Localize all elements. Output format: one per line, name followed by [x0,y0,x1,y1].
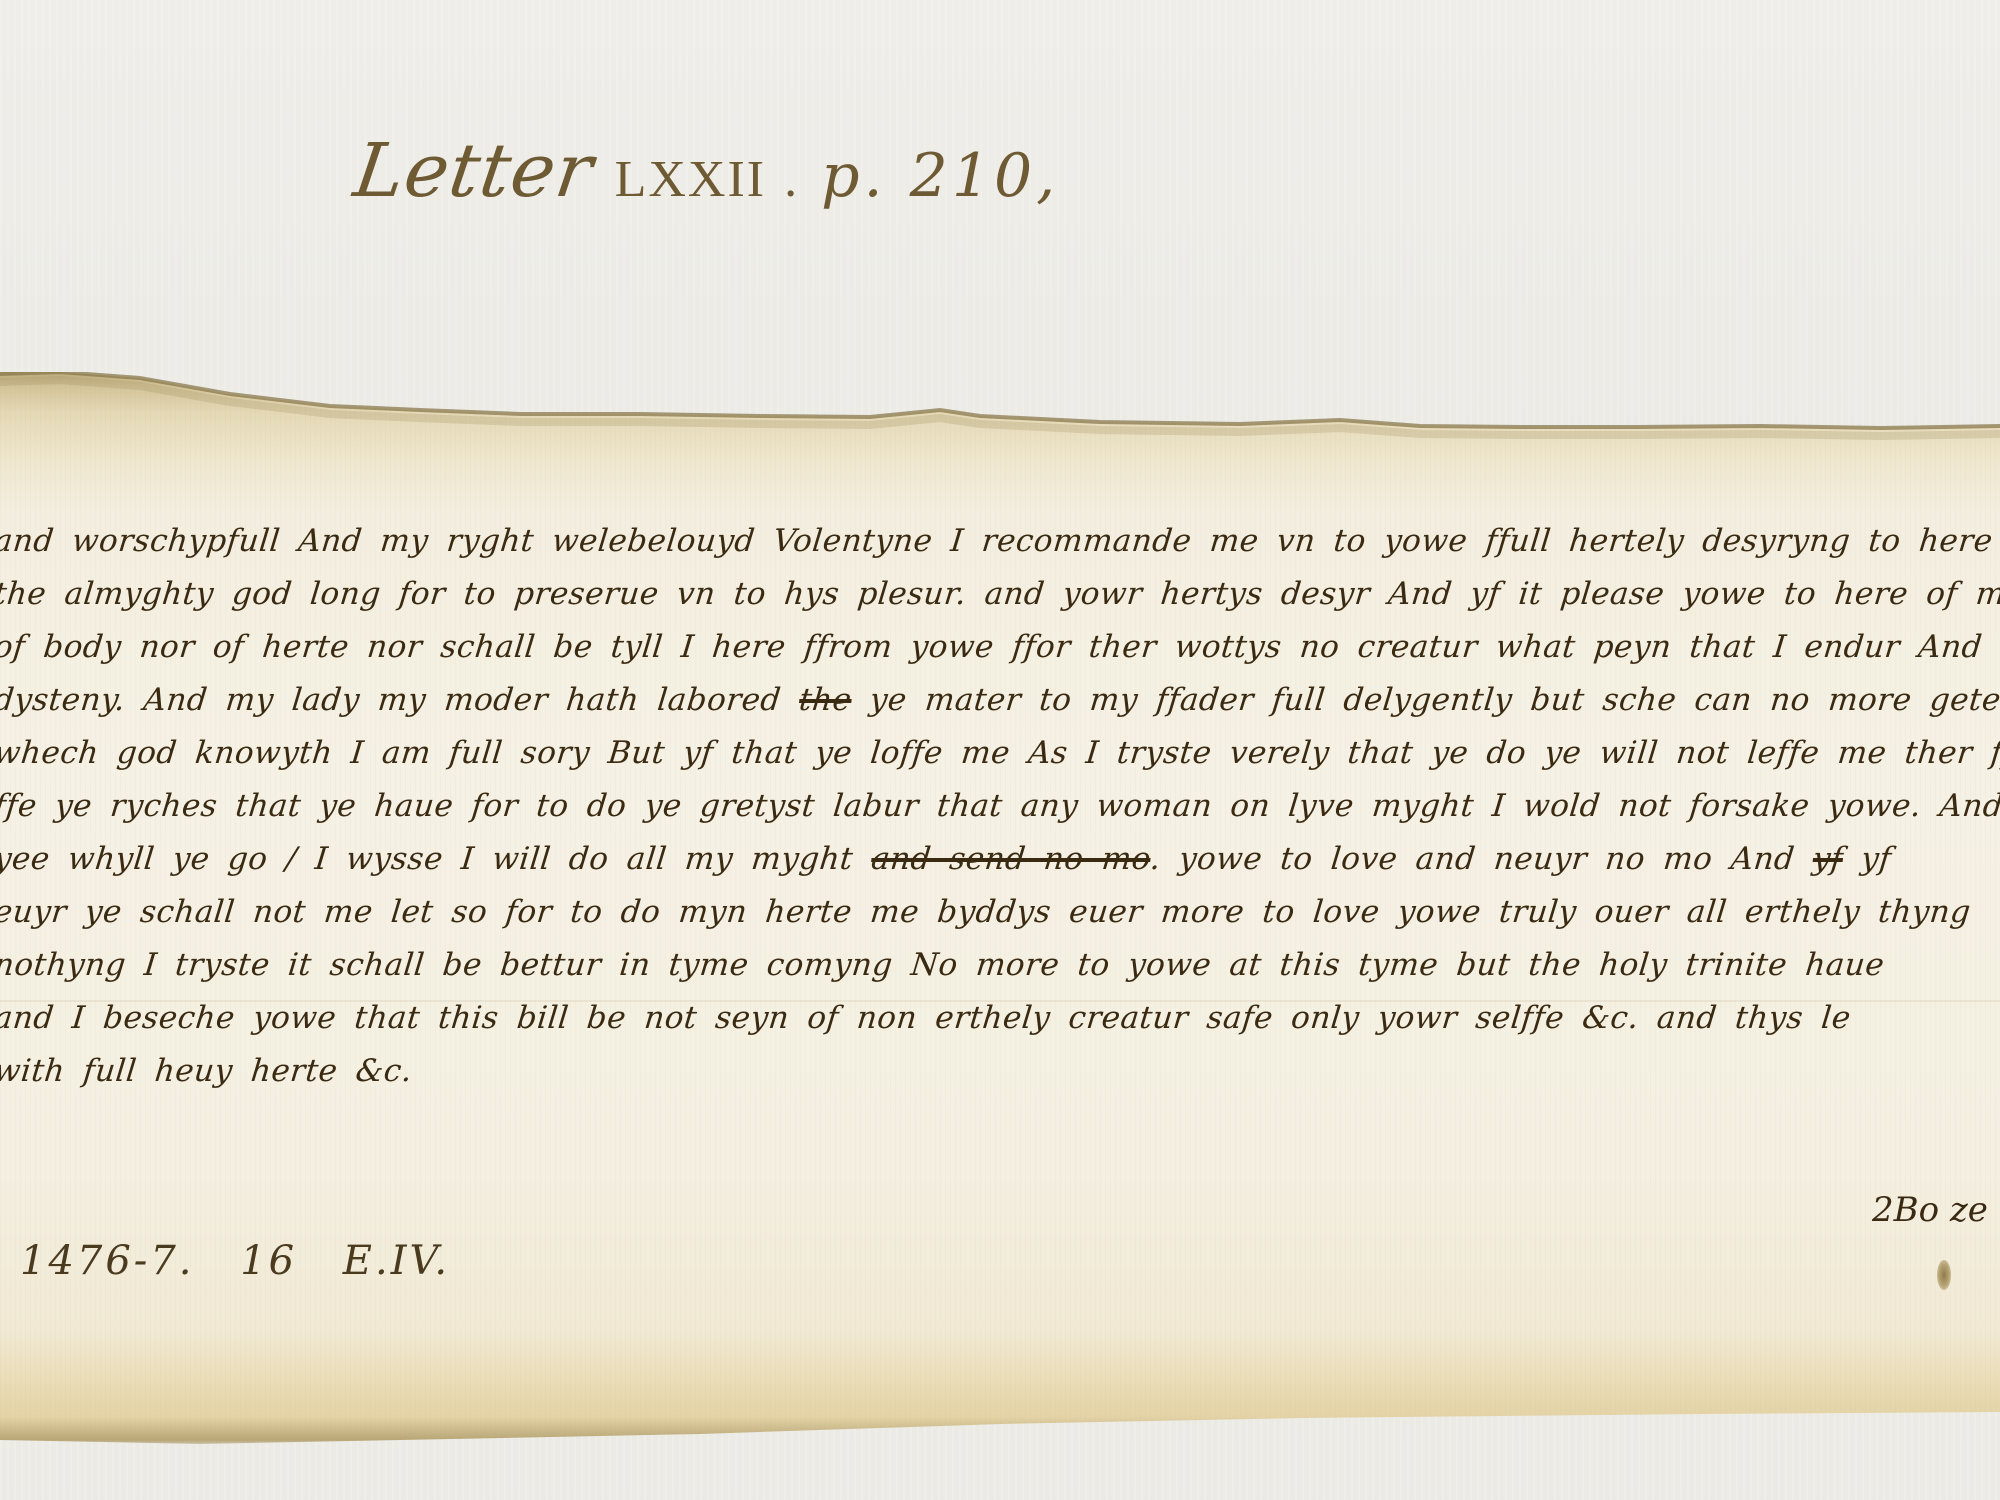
manuscript-line: with full heuy herte &c. [0,1045,2000,1098]
letter-reference-annotation: Letter LXXII. p. 210, [355,128,1059,214]
annotation-numeral: LXXII. [615,150,800,209]
manuscript-line: and I beseche yowe that this bill be not… [0,992,2000,1045]
struck-out-phrase: and send no mo [870,841,1153,877]
struck-out-word: the [797,682,853,718]
manuscript-line: ffe ye ryches that ye haue for to do ye … [0,780,2000,833]
manuscript-line: whech god knowyth I am full sory But yf … [0,727,2000,780]
annotation-word: Letter [349,128,599,214]
ink-stain [1937,1260,1951,1290]
struck-out-word: yf [1811,841,1845,877]
manuscript-line: nothyng I tryste it schall be bettur in … [0,939,2000,992]
manuscript-line: euyr ye schall not me let so for to do m… [0,886,2000,939]
manuscript-line: and worschypfull And my ryght welebelouy… [0,515,2000,568]
manuscript-line: the almyghty god long for to preserue vn… [0,568,2000,621]
reference-mark: 2Bo ze [1872,1190,1988,1230]
manuscript-line: yee whyll ye go / I wysse I will do all … [0,833,2000,886]
manuscript-body: and worschypfull And my ryght welebelouy… [0,515,2000,1098]
date-annotation: 1476-7. 16 E.IV. [20,1238,450,1284]
manuscript-line: of body nor of herte nor schall be tyll … [0,621,2000,674]
annotation-page-reference: p. 210, [821,141,1059,211]
manuscript-line: dysteny. And my lady my moder hath labor… [0,674,2000,727]
